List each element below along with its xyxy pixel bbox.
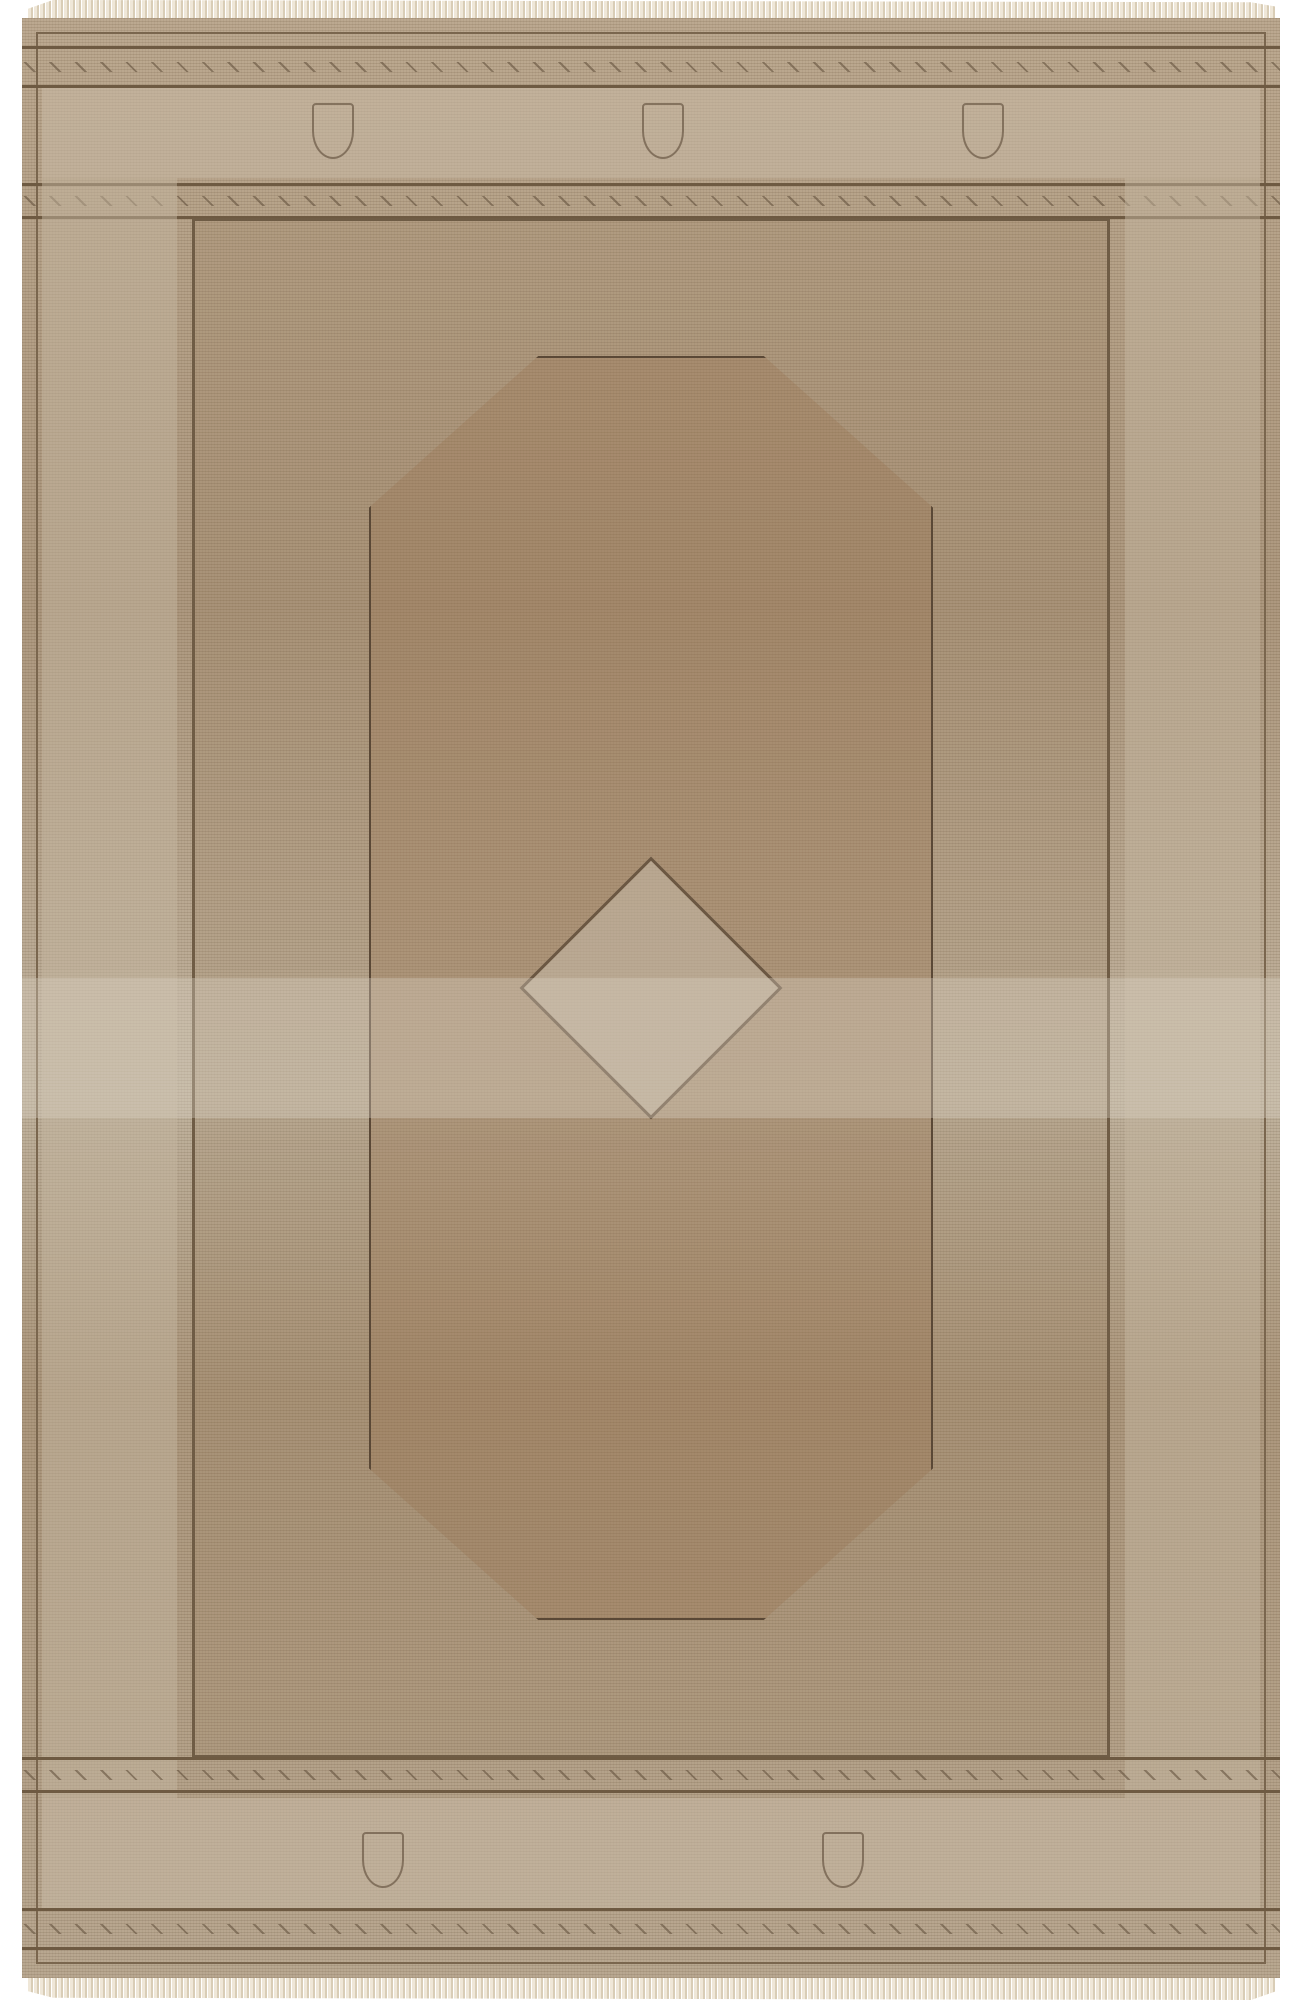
rug (22, 18, 1280, 1978)
border-motif (362, 1832, 404, 1888)
border-motif (822, 1832, 864, 1888)
bottom-fringe (28, 1978, 1276, 2000)
bottom-guard-border (22, 1908, 1280, 1950)
top-inner-guard (22, 183, 1280, 219)
bottom-main-border (42, 1798, 1260, 1908)
top-guard-border (22, 46, 1280, 88)
border-motif (642, 103, 684, 159)
faded-area (22, 978, 1280, 1118)
border-motif (312, 103, 354, 159)
bottom-inner-guard (22, 1757, 1280, 1793)
border-motif (962, 103, 1004, 159)
rug-photo (0, 0, 1304, 2000)
